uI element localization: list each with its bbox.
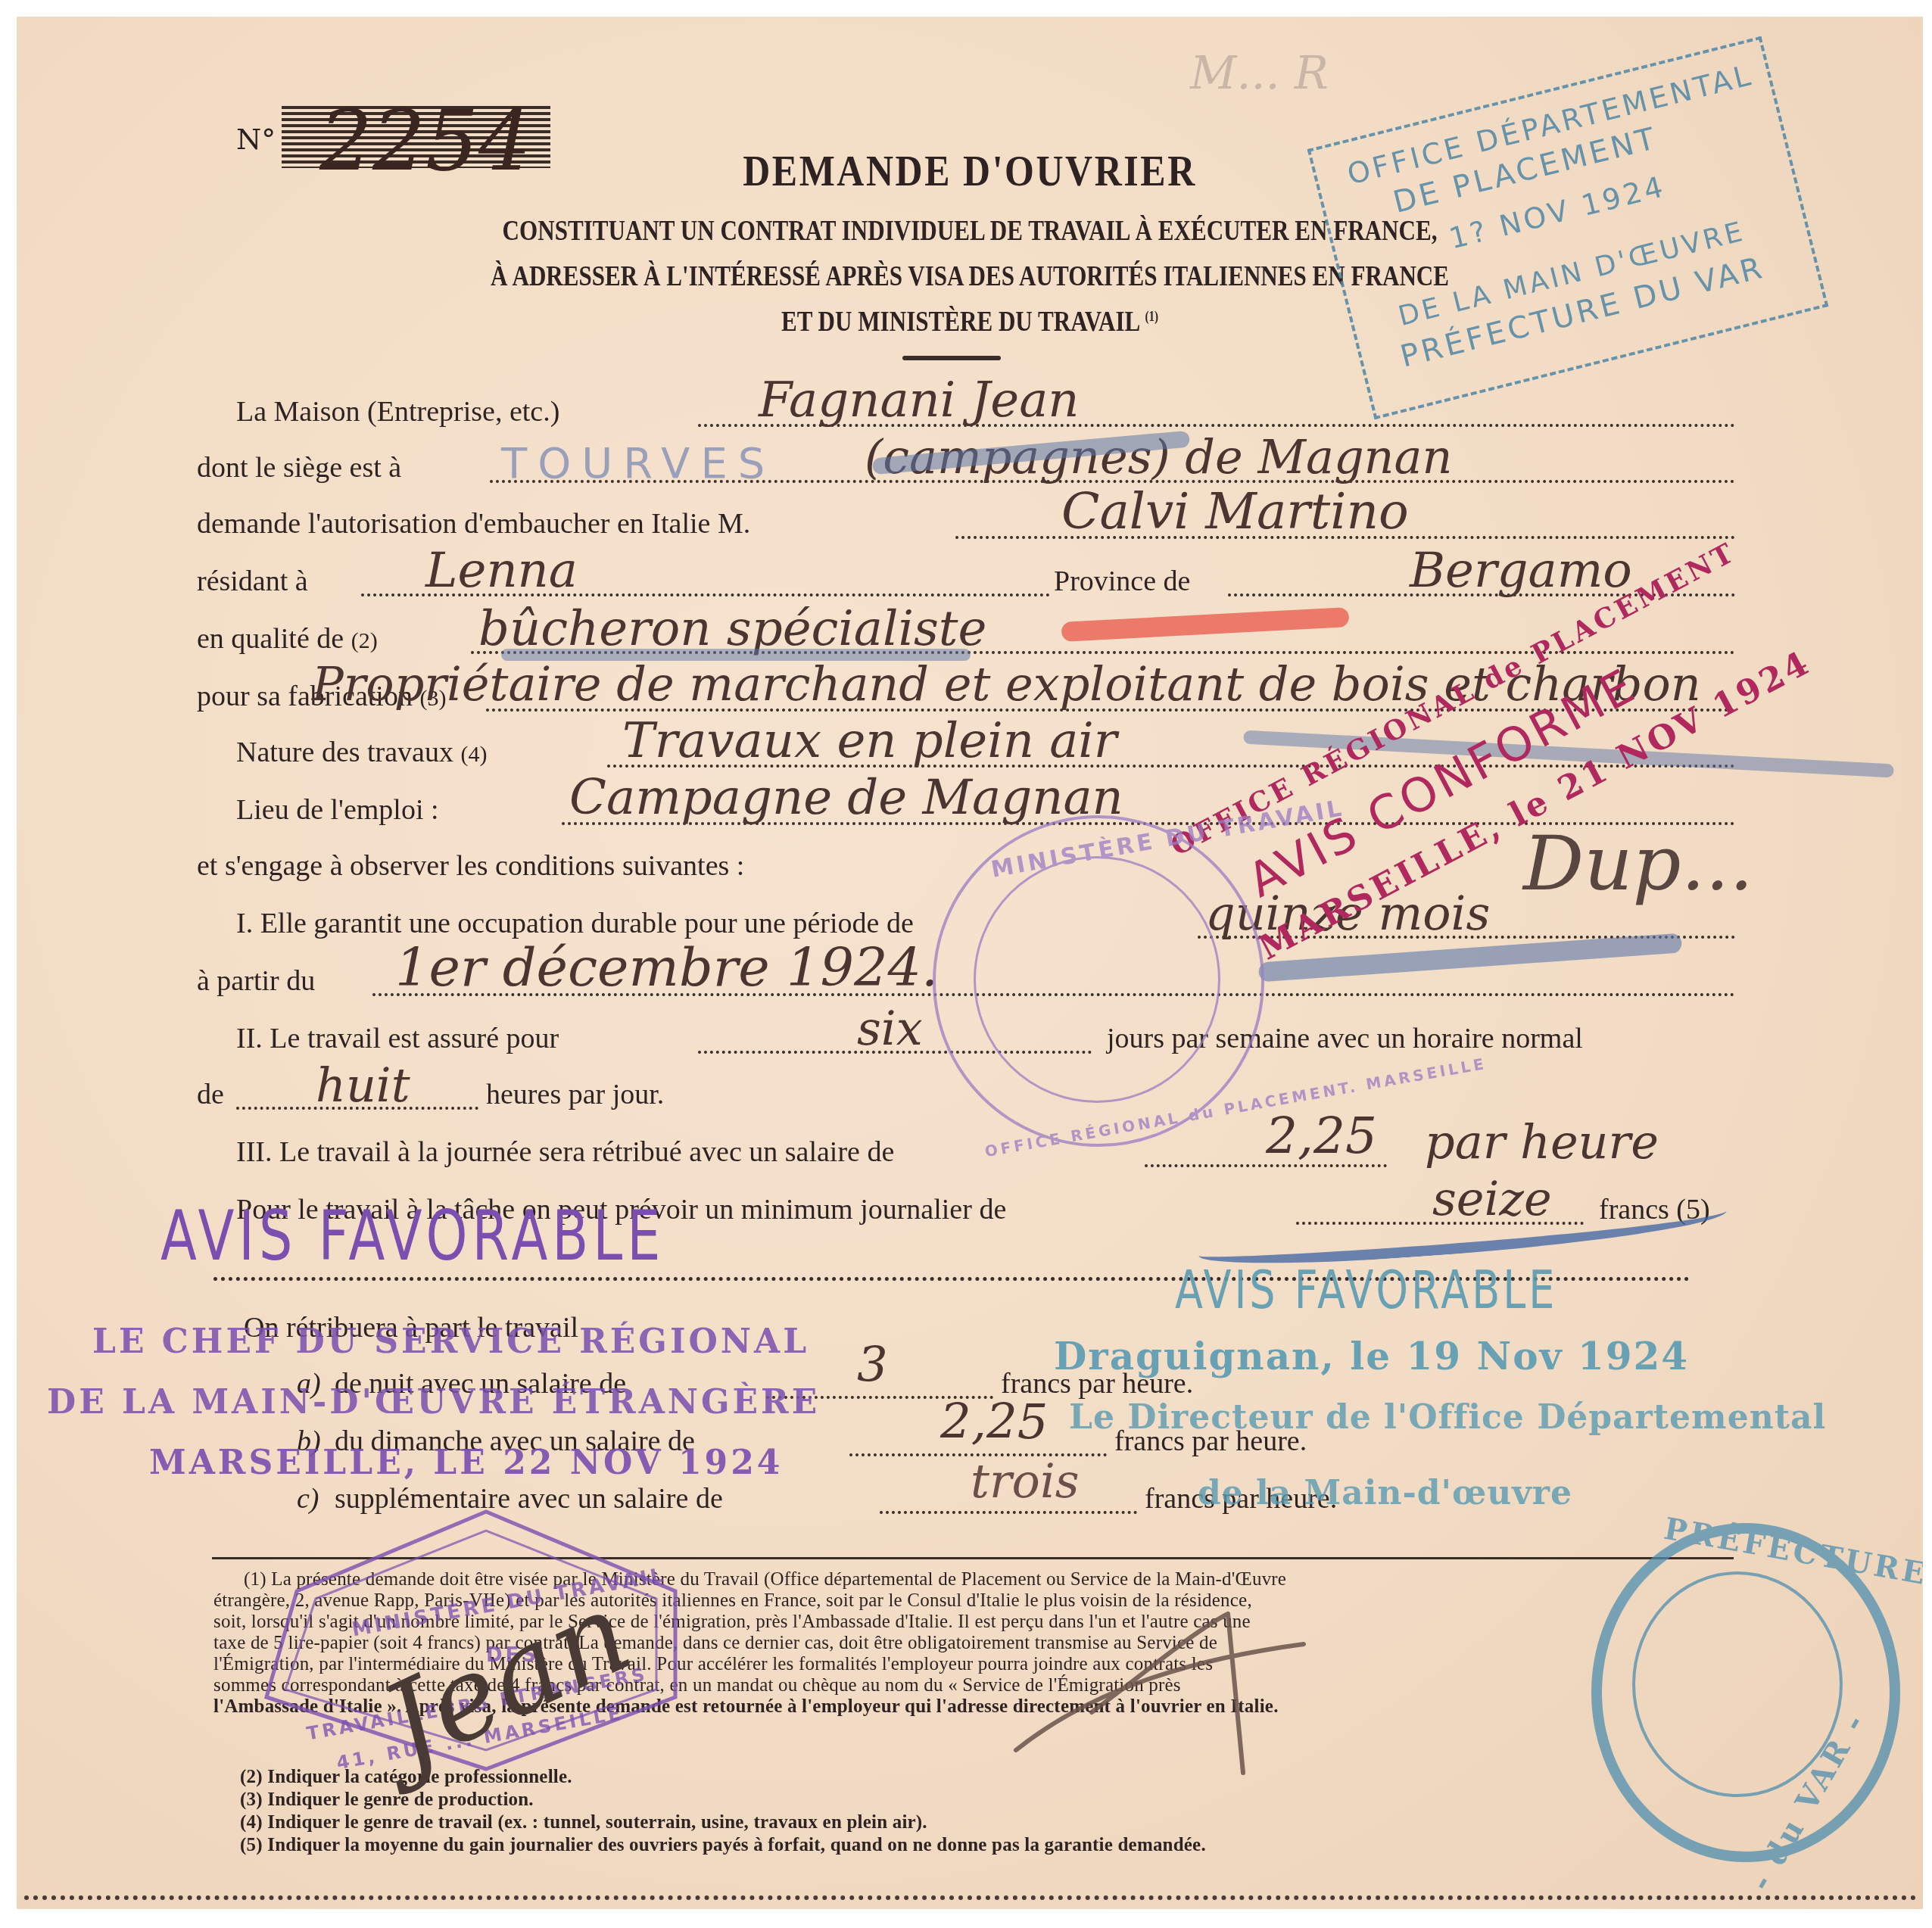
nature-value[interactable]: Travaux en plein air: [622, 713, 1117, 769]
qualite-label-text: en qualité de: [197, 623, 344, 655]
seal-inner-ring: [974, 856, 1220, 1103]
footnote-3: (3) Indiquer le genre de production.: [240, 1790, 534, 1809]
chef-service-stamp-line: LE CHEF DU SERVICE RÉGIONAL: [92, 1322, 809, 1361]
clause1-start-label: à partir du: [197, 964, 315, 998]
extra-b-value[interactable]: 2,25: [940, 1394, 1049, 1450]
province-label: Province de: [1054, 565, 1190, 598]
clause1-label: I. Elle garantit une occupation durable …: [236, 907, 914, 940]
prefecture-var-seal: PRÉFECTURE - du VAR -: [1591, 1523, 1900, 1862]
extra-c-value[interactable]: trois: [971, 1453, 1080, 1509]
subtitle-note-ref: (1): [1145, 309, 1158, 324]
chef-service-stamp-line: DE LA MAIN-D'ŒUVRE ÉTRANGÈRE: [47, 1383, 820, 1422]
clause3-label: III. Le travail à la journée sera rétrib…: [236, 1135, 894, 1169]
ouvrier-value[interactable]: Calvi Martino: [1061, 482, 1409, 540]
ministere-travail-seal: MINISTÈRE DU TRAVAIL OFFICE RÉGIONAL du …: [933, 815, 1264, 1147]
extra-a-value[interactable]: 3: [857, 1338, 888, 1394]
nature-label-text: Nature des travaux: [236, 737, 453, 768]
siege-label: dont le siège est à: [197, 451, 401, 484]
ouvrier-label: demande l'autorisation d'embaucher en It…: [197, 507, 750, 540]
nature-label: Nature des travaux (4): [236, 736, 487, 769]
engagement-text: et s'engage à observer les conditions su…: [197, 849, 744, 883]
draguignan-director: Le Directeur de l'Office Départemental: [1069, 1398, 1826, 1437]
clause3-value[interactable]: 2,25: [1266, 1107, 1377, 1165]
lieu-value[interactable]: Campagne de Magnan: [569, 770, 1123, 826]
clause2-label: II. Le travail est assuré pour: [236, 1022, 559, 1055]
perforation-line: [24, 1895, 1917, 1900]
clause3-handwritten-suffix: par heure: [1425, 1114, 1659, 1170]
extra-c-line: [880, 1511, 1137, 1514]
red-pencil-mark: [1061, 607, 1350, 642]
clause2-days-value[interactable]: six: [857, 1001, 923, 1056]
document-page: N° 2254 M... R DEMANDE D'OUVRIER CONSTIT…: [17, 17, 1923, 1909]
footnote-5: (5) Indiquer la moyenne du gain journali…: [240, 1836, 1206, 1855]
nature-note-ref: (4): [461, 742, 488, 767]
draguignan-main-oeuvre: de la Main-d'œuvre: [1198, 1474, 1572, 1512]
subtitle-line-3-text: ET DU MINISTÈRE DU TRAVAIL: [781, 307, 1139, 338]
chef-service-stamp-date: MARSEILLE, LE 22 NOV 1924: [149, 1444, 783, 1482]
clause2-hours-prefix: de: [197, 1078, 224, 1111]
lieu-label: Lieu de l'emploi :: [236, 793, 439, 827]
tourves-stamp: TOURVES: [501, 439, 775, 488]
draguignan-date: Draguignan, le 19 Nov 1924: [1054, 1334, 1689, 1378]
draguignan-avis-favorable: AVIS FAVORABLE: [1175, 1259, 1557, 1321]
residence-label: résidant à: [197, 565, 308, 598]
clause2-hours-value[interactable]: huit: [316, 1057, 410, 1113]
var-placement-stamp: OFFICE DÉPARTEMENTAL DE PLACEMENT 1? NOV…: [1307, 36, 1829, 420]
pencil-note: M... R: [1190, 47, 1329, 100]
footnote-signature: [1001, 1599, 1319, 1780]
maison-label: La Maison (Entreprise, etc.): [236, 395, 559, 428]
qualite-note-ref: (2): [351, 628, 378, 653]
avis-favorable-purple-stamp: AVIS FAVORABLE: [160, 1196, 665, 1277]
marseille-signature: Dup...: [1523, 819, 1753, 908]
clause2-hours-suffix: heures par jour.: [486, 1078, 664, 1111]
residence-value[interactable]: Lenna: [425, 543, 578, 599]
clause1-start-value[interactable]: 1er décembre 1924.: [395, 936, 938, 998]
maison-value[interactable]: Fagnani Jean: [759, 372, 1080, 428]
ornament-divider: [902, 356, 1001, 360]
footnote-4: (4) Indiquer le genre de travail (ex. : …: [240, 1813, 927, 1832]
qualite-label: en qualité de (2): [197, 622, 378, 656]
